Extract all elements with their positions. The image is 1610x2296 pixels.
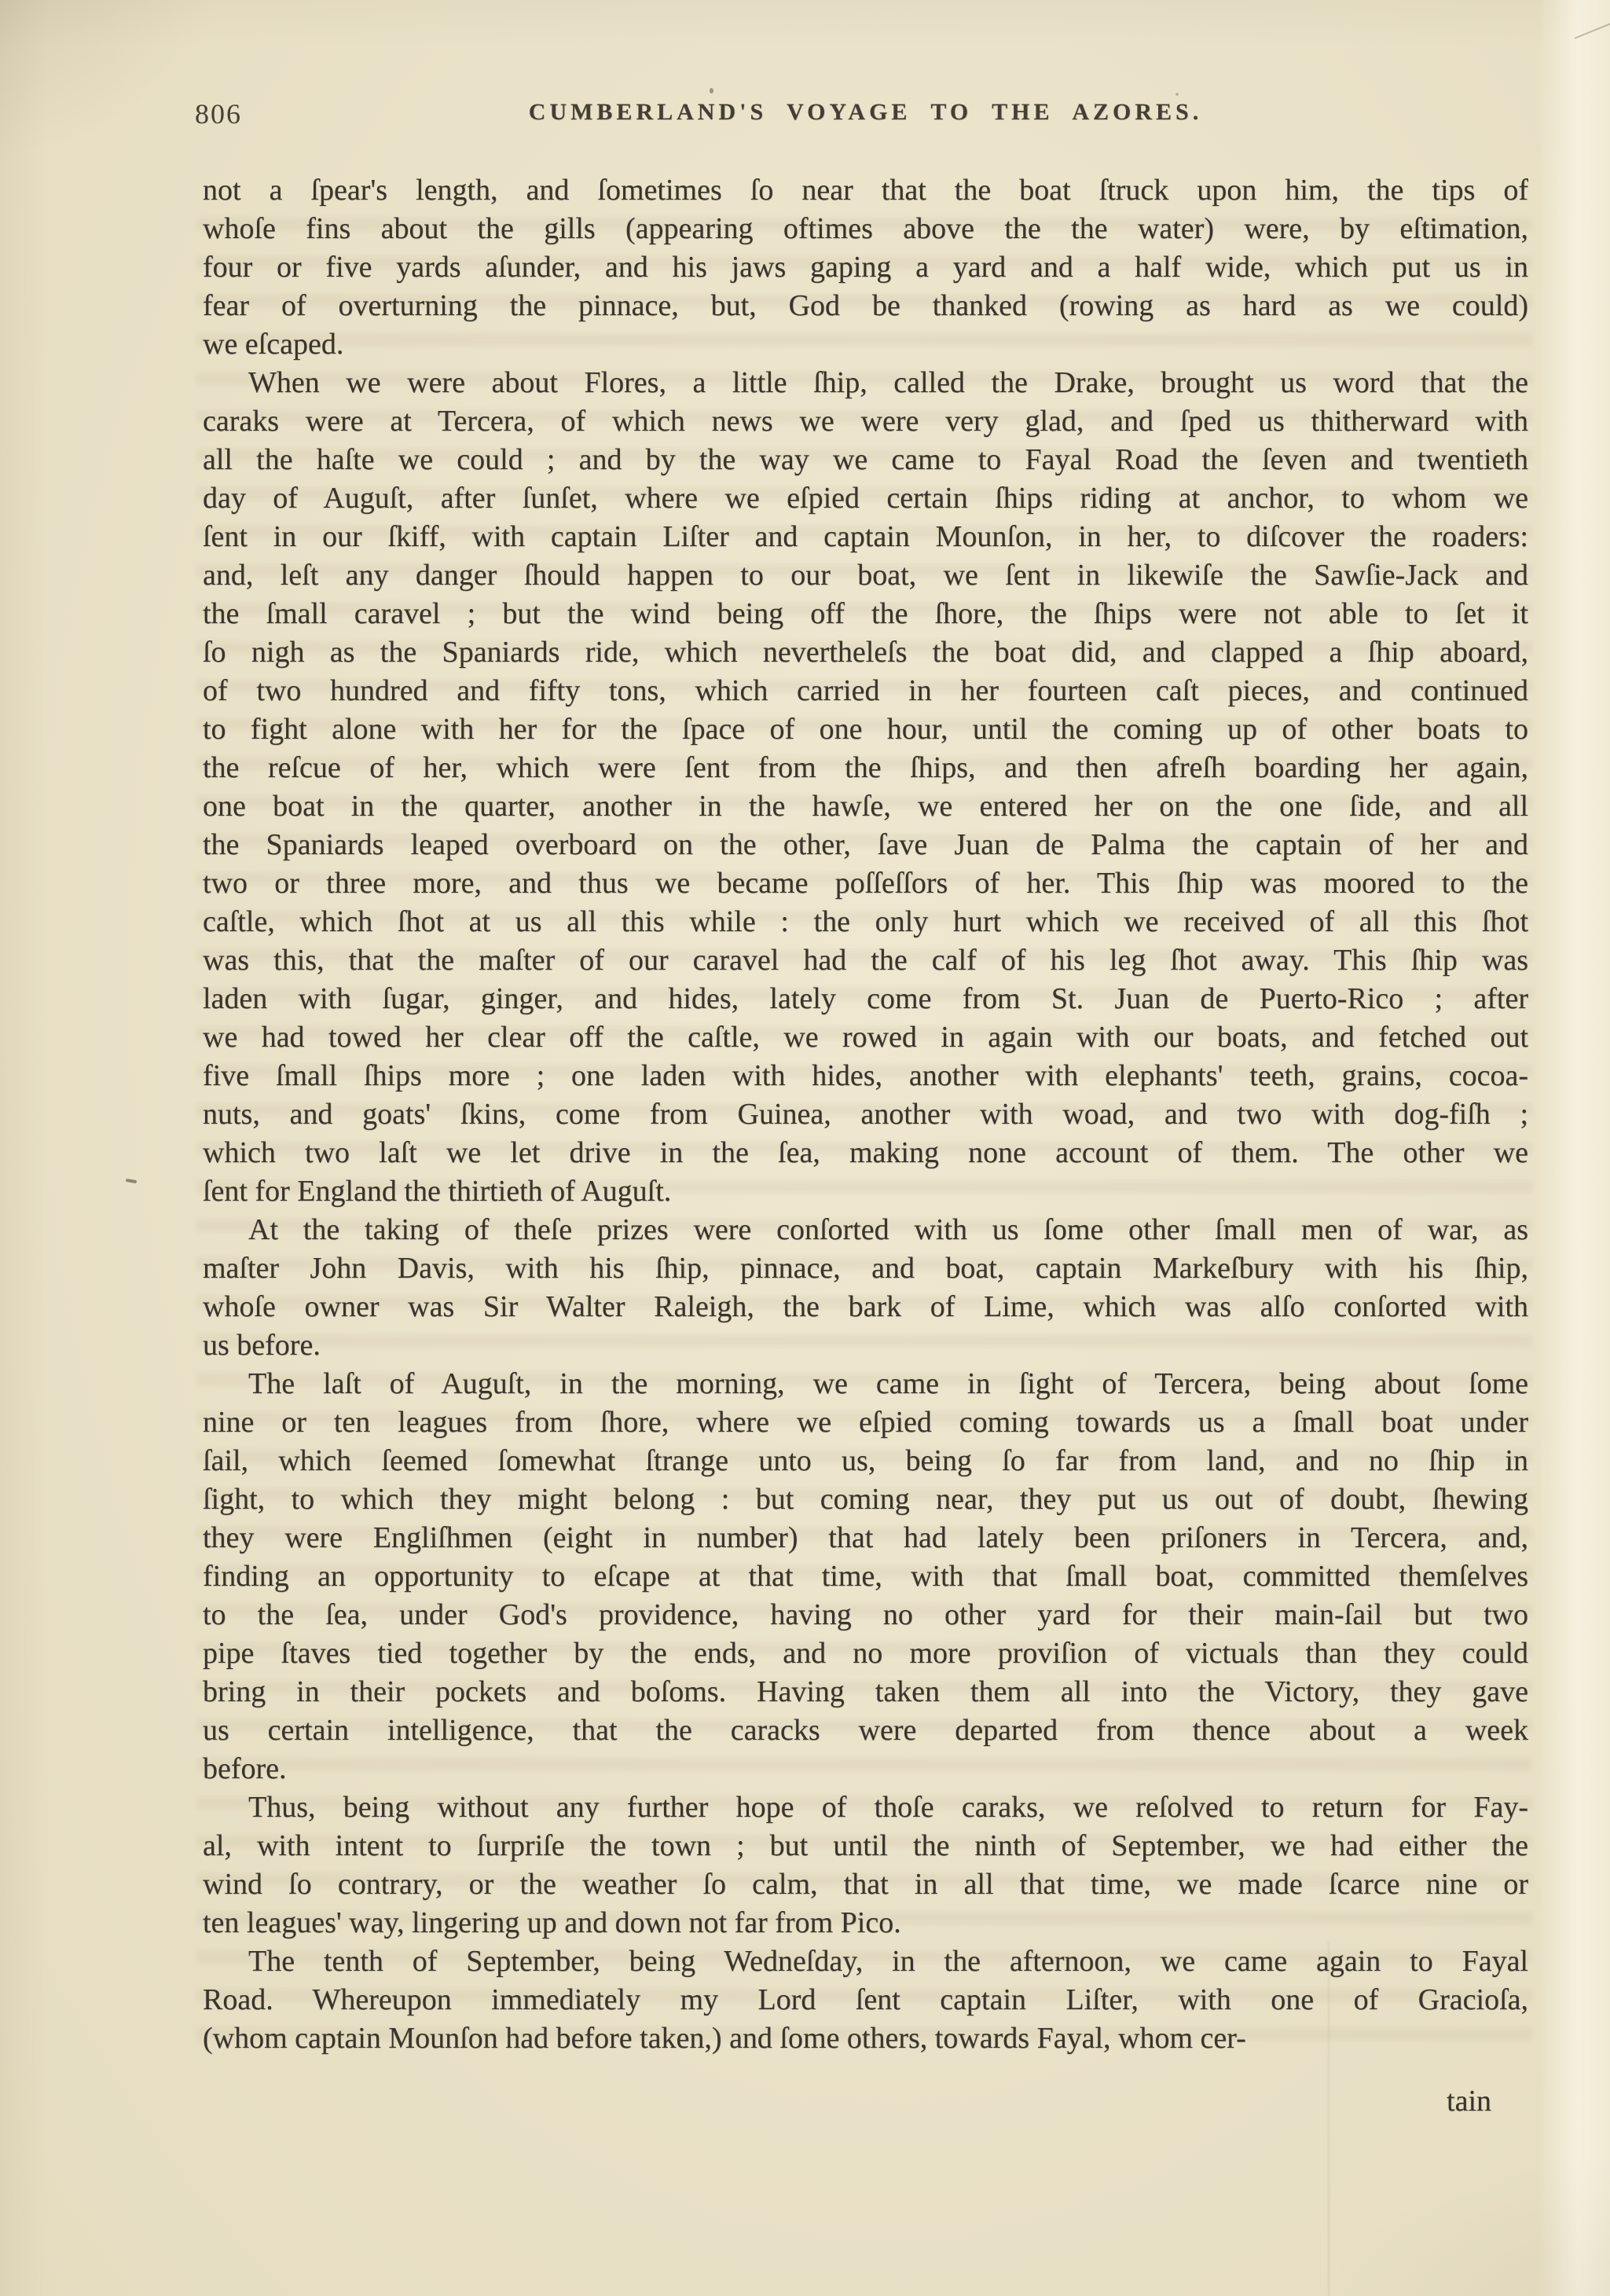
- text-line: whoſe owner was Sir Walter Raleigh, the …: [203, 1288, 1528, 1326]
- text-line: ſight, to which they might belong : but …: [203, 1480, 1528, 1519]
- text-line: When we were about Flores, a little ſhip…: [203, 364, 1528, 402]
- text-line: the ſmall caravel ; but the wind being o…: [203, 595, 1528, 633]
- text-line: one boat in the quarter, another in the …: [203, 787, 1528, 826]
- paragraph: At the taking of theſe prizes were conſo…: [203, 1211, 1528, 1365]
- text-line: Thus, being without any further hope of …: [203, 1788, 1528, 1827]
- text-line: ſent for England the thirtieth of Auguſt…: [203, 1172, 1528, 1211]
- text-line: ten leagues' way, lingering up and down …: [203, 1904, 1528, 1942]
- text-line: bring in their pockets and boſoms. Havin…: [203, 1673, 1528, 1711]
- paragraph: not a ſpear's length, and ſometimes ſo n…: [203, 171, 1528, 364]
- text-line: (whom captain Mounſon had before taken,)…: [203, 2019, 1528, 2058]
- text-line: caſtle, which ſhot at us all this while …: [203, 903, 1528, 941]
- text-line: we had towed her clear off the caſtle, w…: [203, 1018, 1528, 1057]
- text-line: ſent in our ſkiff, with captain Liſter a…: [203, 518, 1528, 556]
- text-line: we eſcaped.: [203, 325, 1528, 364]
- text-line: finding an opportunity to eſcape at that…: [203, 1557, 1528, 1596]
- text-line: al, with intent to ſurpriſe the town ; b…: [203, 1827, 1528, 1865]
- text-line: caraks were at Tercera, of which news we…: [203, 402, 1528, 441]
- ink-speck: [1175, 93, 1179, 96]
- text-line: At the taking of theſe prizes were conſo…: [203, 1211, 1528, 1249]
- text-line: us before.: [203, 1326, 1528, 1365]
- text-line: five ſmall ſhips more ; one laden with h…: [203, 1057, 1528, 1095]
- text-line: to the ſea, under God's providence, havi…: [203, 1596, 1528, 1634]
- text-line: whoſe fins about the gills (appearing of…: [203, 210, 1528, 248]
- text-line: maſter John Davis, with his ſhip, pinnac…: [203, 1249, 1528, 1288]
- text-line: wind ſo contrary, or the weather ſo calm…: [203, 1865, 1528, 1904]
- text-line: fear of overturning the pinnace, but, Go…: [203, 287, 1528, 325]
- text-line: to fight alone with her for the ſpace of…: [203, 710, 1528, 749]
- book-page-scan: 806 CUMBERLAND'S VOYAGE TO THE AZORES. n…: [0, 0, 1610, 2296]
- text-line: they were Engliſhmen (eight in number) t…: [203, 1519, 1528, 1557]
- body-text: not a ſpear's length, and ſometimes ſo n…: [203, 171, 1528, 2058]
- text-line: all the haſte we could ; and by the way …: [203, 441, 1528, 479]
- text-line: two or three more, and thus we became po…: [203, 864, 1528, 903]
- catchword: tain: [203, 2084, 1491, 2118]
- text-line: which two laſt we let drive in the ſea, …: [203, 1134, 1528, 1172]
- text-line: The laſt of Auguſt, in the morning, we c…: [203, 1365, 1528, 1403]
- text-line: pipe ſtaves tied together by the ends, a…: [203, 1634, 1528, 1673]
- paper-scratch: [1575, 22, 1610, 39]
- text-line: ſail, which ſeemed ſomewhat ſtrange unto…: [203, 1442, 1528, 1480]
- text-line: was this, that the maſter of our caravel…: [203, 941, 1528, 980]
- text-line: of two hundred and fifty tons, which car…: [203, 672, 1528, 710]
- text-line: not a ſpear's length, and ſometimes ſo n…: [203, 171, 1528, 210]
- paragraph: Thus, being without any further hope of …: [203, 1788, 1528, 1942]
- text-line: four or five yards aſunder, and his jaws…: [203, 248, 1528, 287]
- text-line: and, leſt any danger ſhould happen to ou…: [203, 556, 1528, 595]
- text-line: ſo nigh as the Spaniards ride, which nev…: [203, 633, 1528, 672]
- paragraph: The tenth of September, being Wedneſday,…: [203, 1942, 1528, 2058]
- paragraph: When we were about Flores, a little ſhip…: [203, 364, 1528, 1211]
- text-line: day of Auguſt, after ſunſet, where we eſ…: [203, 479, 1528, 518]
- text-line: us certain intelligence, that the carack…: [203, 1711, 1528, 1750]
- text-line: Road. Whereupon immediately my Lord ſent…: [203, 1981, 1528, 2019]
- text-line: before.: [203, 1750, 1528, 1788]
- text-line: nine or ten leagues from ſhore, where we…: [203, 1403, 1528, 1442]
- running-title: CUMBERLAND'S VOYAGE TO THE AZORES.: [203, 99, 1528, 126]
- margin-mark: [126, 1179, 137, 1183]
- text-line: laden with ſugar, ginger, and hides, lat…: [203, 980, 1528, 1018]
- text-line: the Spaniards leaped overboard on the ot…: [203, 826, 1528, 864]
- text-line: the reſcue of her, which were ſent from …: [203, 749, 1528, 787]
- text-line: nuts, and goats' ſkins, come from Guinea…: [203, 1095, 1528, 1134]
- paragraph: The laſt of Auguſt, in the morning, we c…: [203, 1365, 1528, 1788]
- ink-speck: [710, 88, 713, 94]
- text-line: The tenth of September, being Wedneſday,…: [203, 1942, 1528, 1981]
